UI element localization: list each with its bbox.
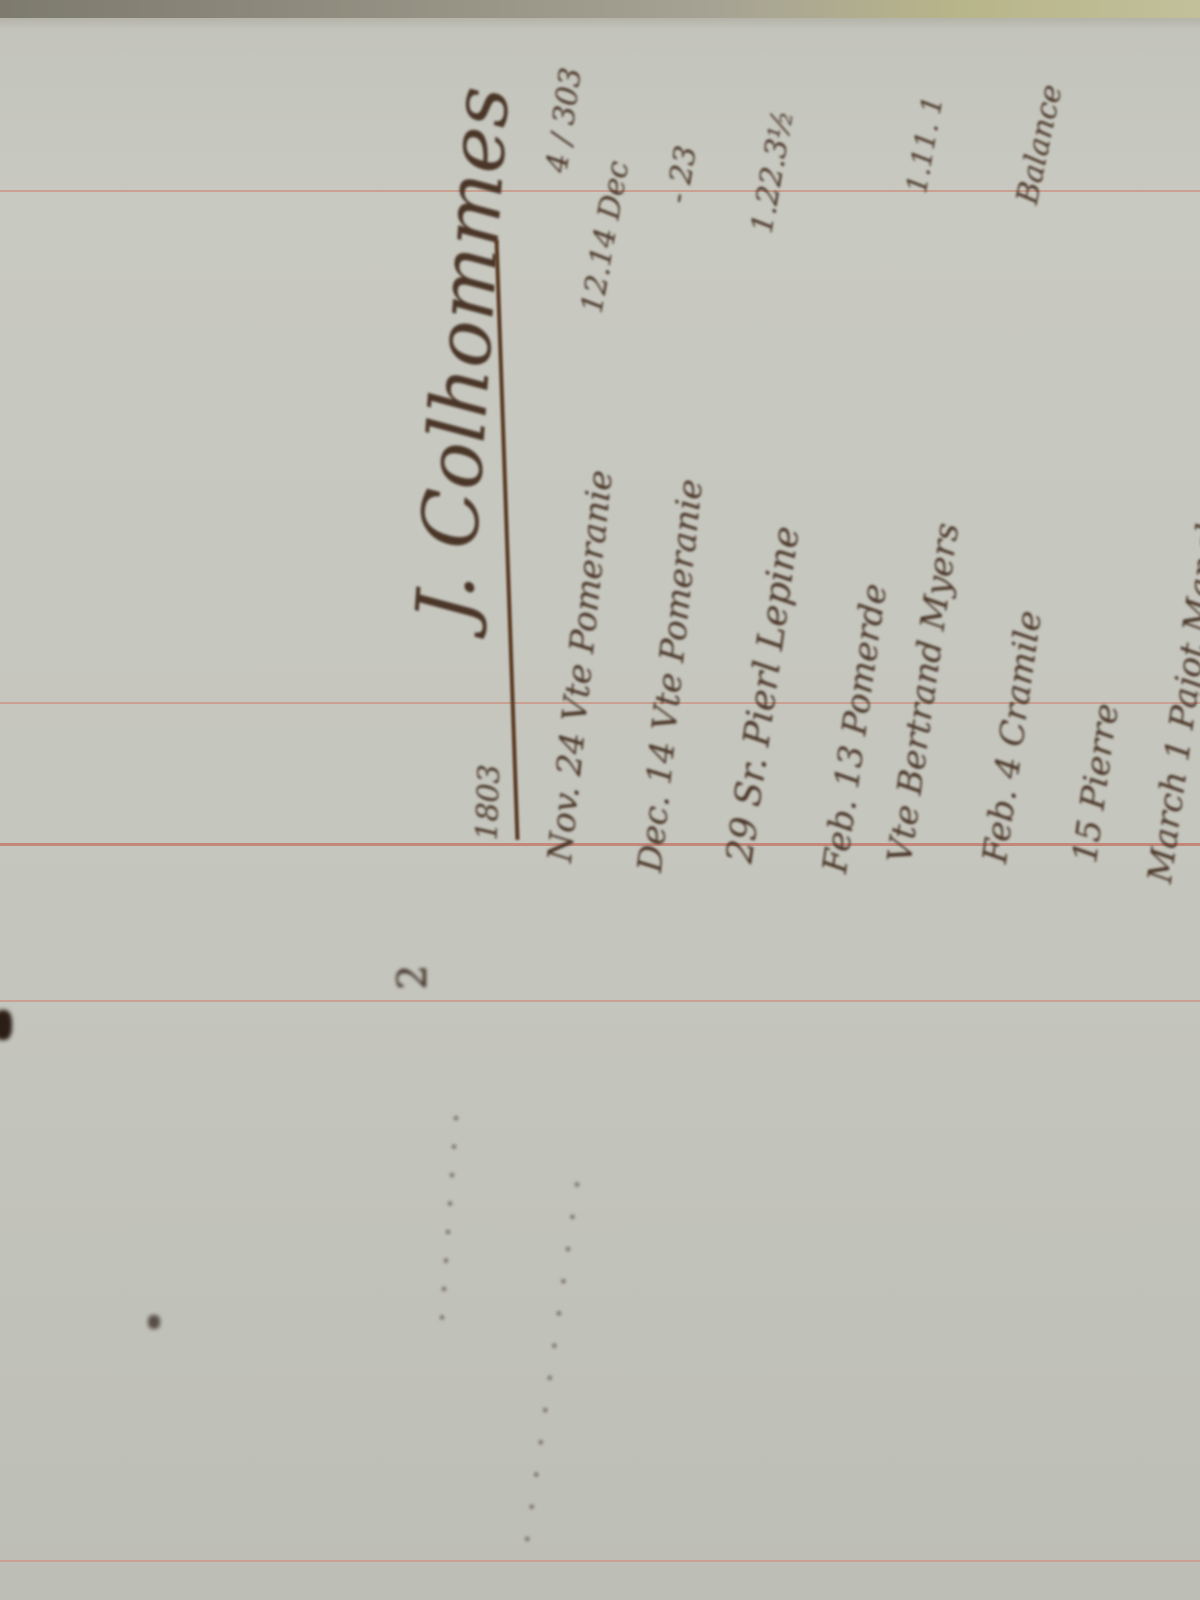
entry-1-amount: 12.14 Dec [575,158,636,316]
bleed-through-mark: 2 [390,965,436,990]
entry-5-amount: 1.11. 1 [900,94,950,196]
ledger-photo: 1803 J. Colhommes Nov. 24 Vte Pomeranie … [0,0,1200,1600]
page-edge [0,0,1200,18]
entry-6-label: Feb. 4 Cramile [975,608,1050,865]
bleed-through-dots: . . . . . . . . . . . . [505,1170,587,1545]
entry-1-label: Nov. 24 Vte Pomeranie [540,468,621,864]
ink-blot [0,1010,12,1040]
entry-3-label: 29 Sr. Pierl Lepine [720,524,808,866]
ruled-line [0,1560,1200,1562]
entry-3-amount: 1.22.3½ [745,107,801,236]
ink-blot [148,1315,160,1329]
entry-7-label: 15 Pierre [1065,701,1127,866]
entry-5-label: Vte Bertrand Myers [880,520,967,865]
entry-8-label: March 1 Pajot Mangle [1140,501,1200,885]
ruled-line [0,843,1200,846]
entry-6-extra: Balance [1010,81,1069,207]
entry-1-extra: 4 / 303 [540,65,589,174]
bleed-through-dots: . . . . . . . . [420,1107,465,1323]
entry-2-label: Dec. 14 Vte Pomeranie [630,477,711,874]
entry-2-amount: - 23 [660,143,705,206]
ruled-line [0,1000,1200,1002]
ledger-year: 1803 [470,764,508,842]
